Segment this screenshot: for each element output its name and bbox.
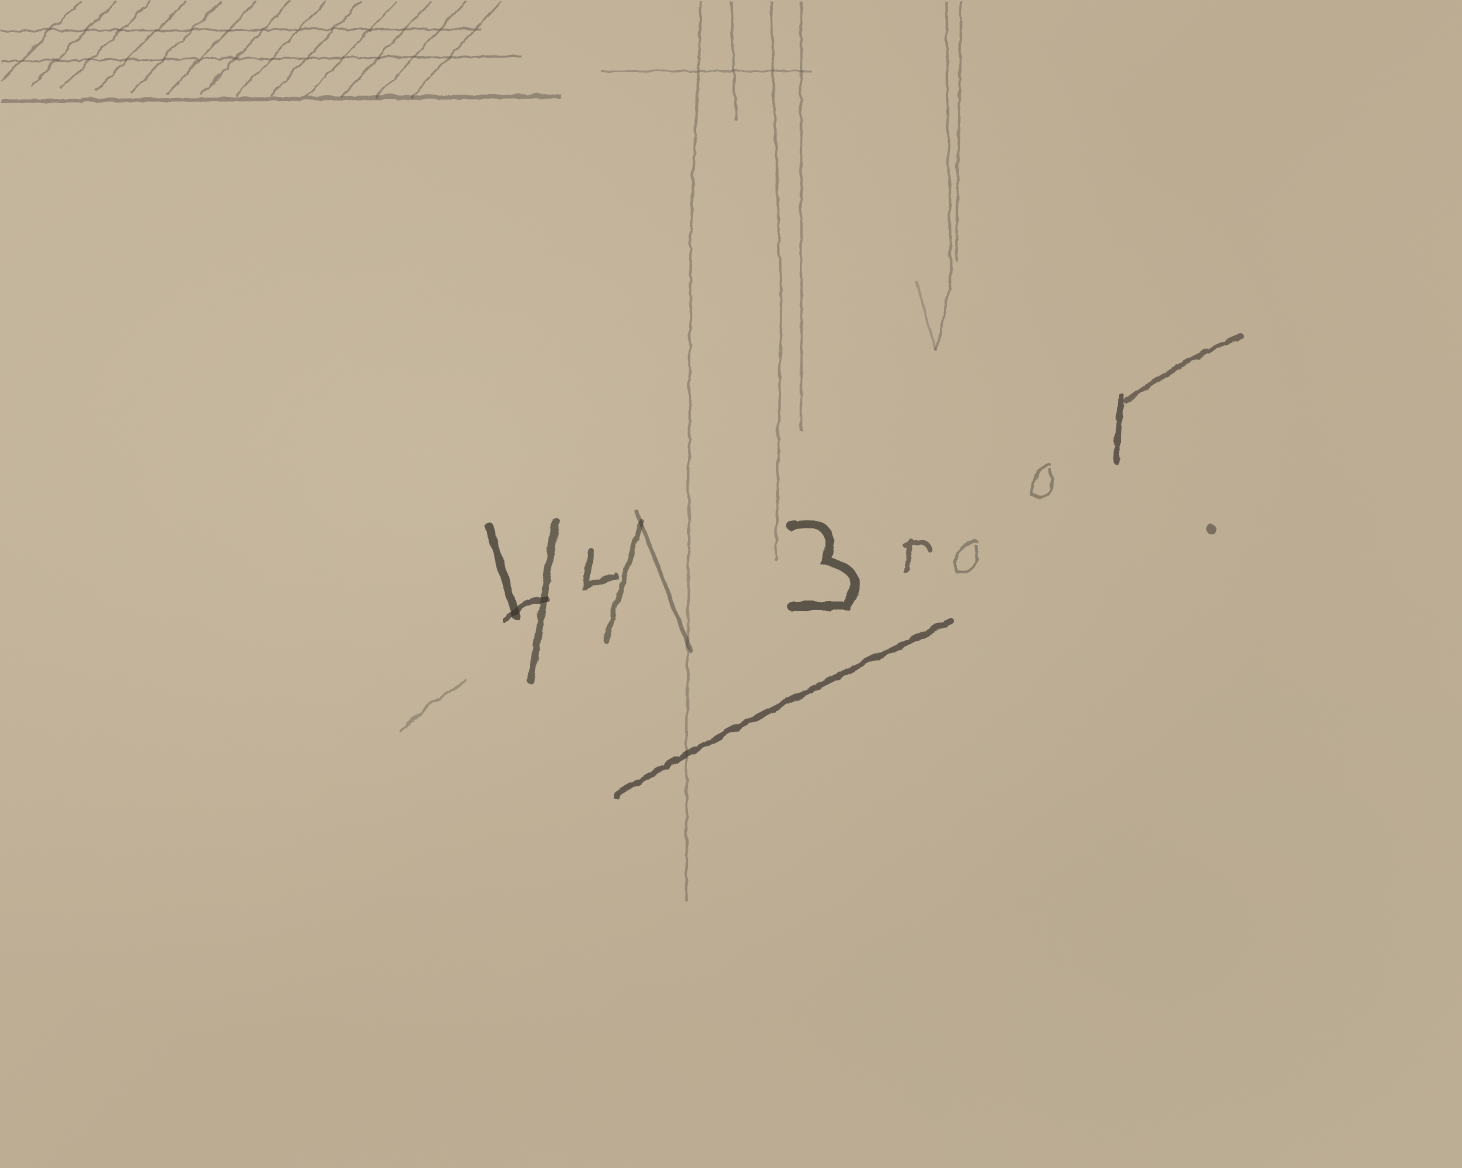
- paper-background: HFBrer: [0, 0, 1462, 1168]
- paper-grain: [0, 0, 1462, 1168]
- pencil-drawing: [0, 0, 1462, 1168]
